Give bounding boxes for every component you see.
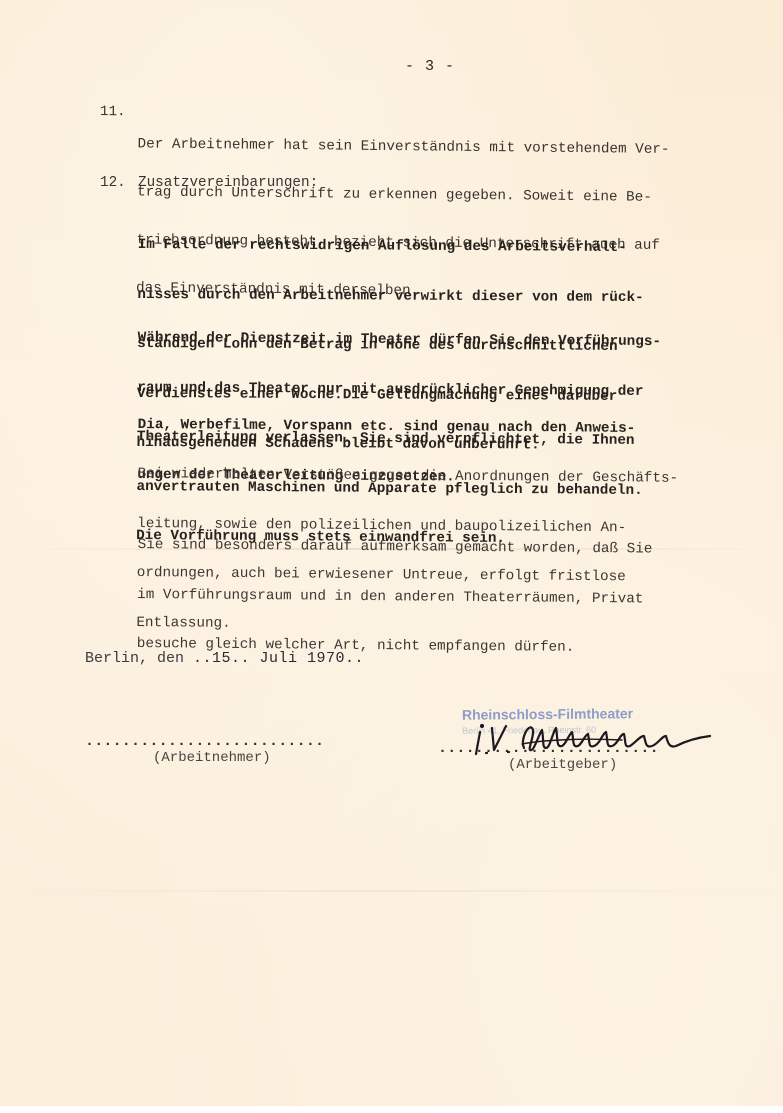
text-line: Der Arbeitnehmer hat sein Einverständnis… (137, 136, 747, 158)
employee-signature-block: .......................... (Arbeitnehmer… (85, 733, 324, 750)
clause-number: 11. (100, 104, 126, 120)
employee-signature-line: .......................... (85, 733, 324, 750)
page-number: - 3 - (405, 58, 455, 75)
clause-number: 12. (100, 175, 126, 191)
place-date-line: Berlin, den ..15.. Juli 1970.. (85, 650, 364, 667)
agreement-paragraph-visitors: Sie sind besonders darauf aufmerksam gem… (137, 504, 653, 673)
employee-signature-label: (Arbeitnehmer) (153, 750, 271, 766)
employer-signature-label: (Arbeitgeber) (508, 757, 617, 773)
scan-bottom-edge (0, 1106, 783, 1113)
place-label: Berlin, den (85, 650, 193, 667)
text-line: im Vorführungsraum und in den anderen Th… (137, 586, 652, 607)
date-value: ..15.. Juli 1970.. (193, 650, 364, 667)
text-line: Sie sind besonders darauf aufmerksam gem… (138, 537, 653, 558)
text-line: Im Falle der rechtswidrigen Auflösung de… (138, 237, 644, 257)
text-line: Während der Dienstzeit im Theater dürfen… (138, 330, 661, 351)
paper-fold-line (0, 890, 783, 892)
clause-heading: Zusatzvereinbarungen: (138, 175, 748, 191)
text-line: Bei wiederholten Verstößen gegen die Ano… (138, 466, 679, 487)
handwritten-signature-icon (472, 718, 722, 758)
